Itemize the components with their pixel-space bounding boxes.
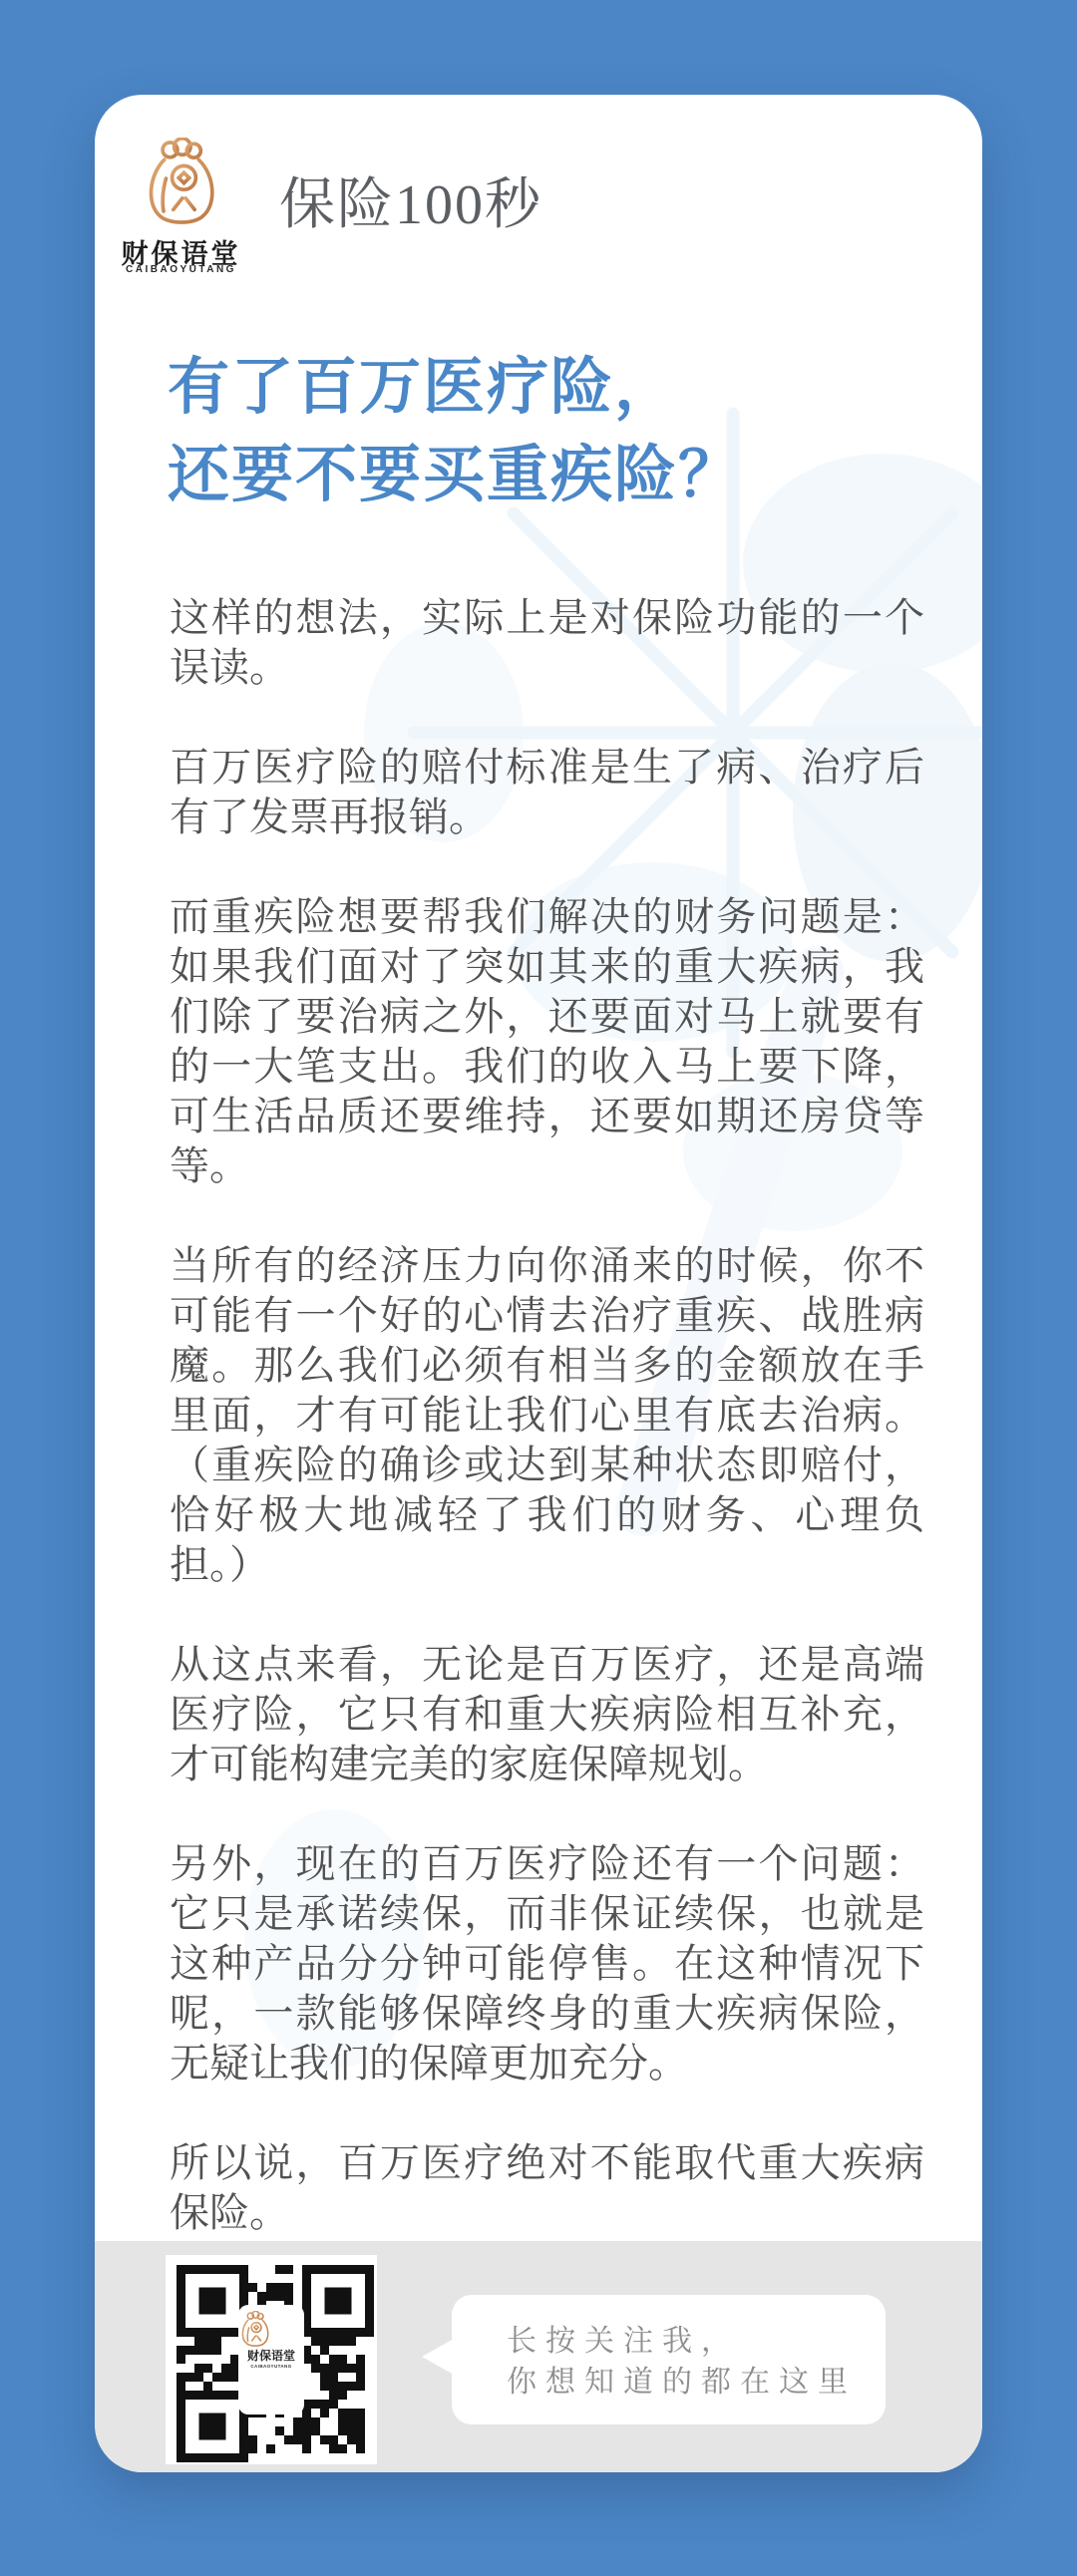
brand-logo-icon	[140, 138, 223, 229]
bubble-text-line: 你想知道的都在这里	[507, 2362, 886, 2403]
qr-brand-cn: 财保语堂	[238, 2349, 304, 2363]
article-body: 这样的想法，实际上是对保险功能的一个误读。 百万医疗险的赔付标准是生了病、治疗后…	[170, 593, 924, 2288]
qr-code[interactable]: 财保语堂 CAIBAOYUTANG	[166, 2255, 377, 2464]
brand-name-en: CAIBAOYUTANG	[99, 264, 263, 275]
follow-bubble: 长按关注我， 你想知道的都在这里	[452, 2295, 886, 2424]
page-background: 财保语堂 CAIBAOYUTANG 保险100秒 有了百万医疗险， 还要不要买重…	[0, 0, 1077, 2576]
heading-line-1: 有了百万医疗险，	[168, 344, 742, 432]
bubble-text-line: 长按关注我，	[507, 2321, 886, 2362]
page-title: 保险100秒	[279, 161, 542, 240]
article-paragraph: 这样的想法，实际上是对保险功能的一个误读。	[170, 593, 924, 693]
bubble-tail-icon	[422, 2339, 454, 2375]
article-paragraph: 从这点来看，无论是百万医疗，还是高端医疗险，它只有和重大疾病险相互补充，才可能构…	[170, 1640, 924, 1789]
article-heading: 有了百万医疗险， 还要不要买重疾险？	[168, 344, 742, 519]
qr-center-logo: 财保语堂 CAIBAOYUTANG	[238, 2305, 304, 2415]
footer: 财保语堂 CAIBAOYUTANG 长按关注我， 你想知道的都在这里	[95, 2241, 982, 2472]
article-paragraph: 所以说，百万医疗绝对不能取代重大疾病保险。	[170, 2138, 924, 2238]
article-paragraph: 而重疾险想要帮我们解决的财务问题是：如果我们面对了突如其来的重大疾病，我们除了要…	[170, 892, 924, 1191]
article-card: 财保语堂 CAIBAOYUTANG 保险100秒 有了百万医疗险， 还要不要买重…	[95, 95, 982, 2472]
article-paragraph: 另外，现在的百万医疗险还有一个问题：它只是承诺续保，而非保证续保，也就是这种产品…	[170, 1839, 924, 2089]
article-paragraph: 百万医疗险的赔付标准是生了病、治疗后有了发票再报销。	[170, 743, 924, 842]
brand-logo-icon	[238, 2311, 272, 2349]
article-paragraph: 当所有的经济压力向你涌来的时候，你不可能有一个好的心情去治疗重疾、战胜病魔。那么…	[170, 1241, 924, 1590]
heading-line-2: 还要不要买重疾险？	[168, 432, 742, 519]
qr-brand-en: CAIBAOYUTANG	[238, 2363, 304, 2370]
